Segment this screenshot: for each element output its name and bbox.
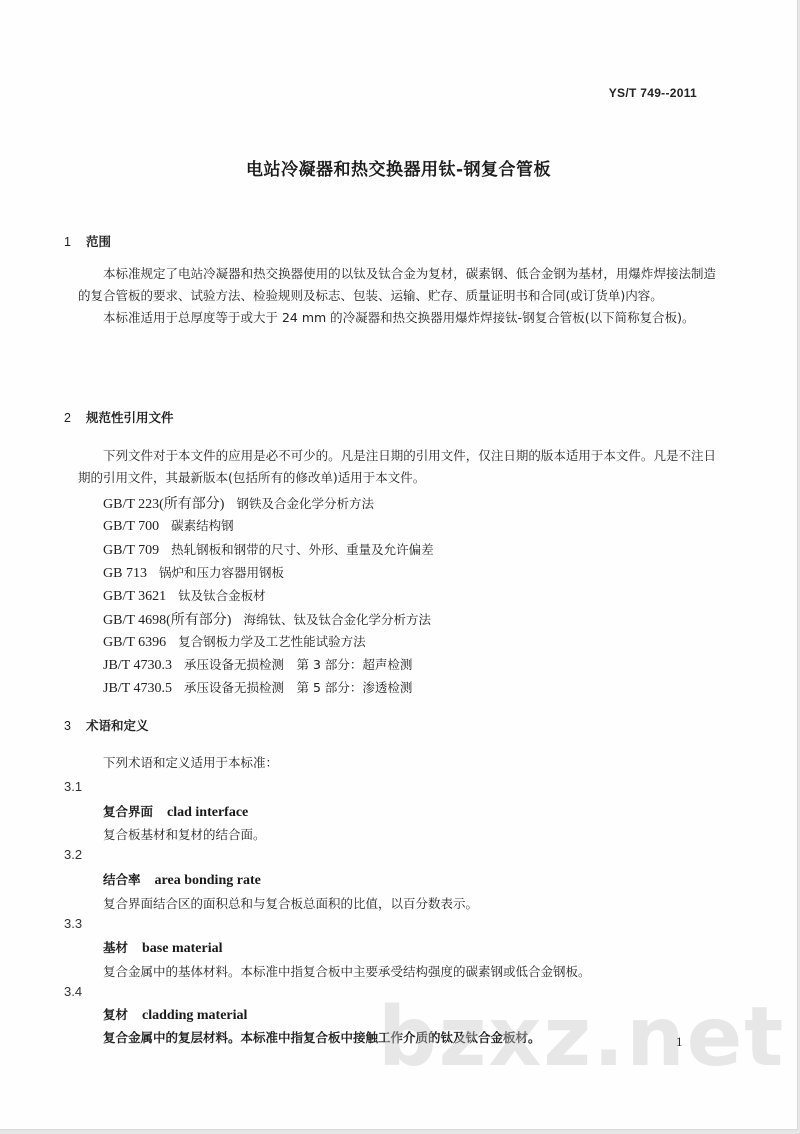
section-1-body: 本标准规定了电站冷凝器和热交换器使用的以钛及钛合金为复材，碳素钢、低合金钢为基材… <box>78 263 716 329</box>
reference-title: 钢铁及合金化学分析方法 <box>236 496 374 511</box>
standard-code: YS/T 749--2011 <box>609 86 697 100</box>
section-number: 2 <box>64 411 86 425</box>
term-definition: 复合金属中的基体材料。本标准中指复合板中主要承受结构强度的碳素钢或低合金钢板。 <box>103 962 591 980</box>
section-1-heading: 1范围 <box>64 232 111 250</box>
reference-code: GB/T 223(所有部分) <box>103 497 224 512</box>
term-zh: 复合界面 <box>103 804 153 819</box>
reference-item: JB/T 4730.5承压设备无损检测 第 5 部分：渗透检测 <box>103 678 412 697</box>
term-zh: 结合率 <box>103 872 141 887</box>
reference-title: 海绵钛、钛及钛合金化学分析方法 <box>243 612 431 627</box>
term-number: 3.4 <box>64 984 82 999</box>
term-definition: 复合金属中的复层材料。本标准中指复合板中接触工作介质的钛及钛合金板材。 <box>103 1028 541 1046</box>
paragraph: 本标准适用于总厚度等于或大于 24 mm 的冷凝器和热交换器用爆炸焊接钛-钢复合… <box>78 307 716 329</box>
section-number: 1 <box>64 235 86 249</box>
reference-code: GB/T 3621 <box>103 589 166 604</box>
term-en: cladding material <box>142 1008 247 1023</box>
document-title: 电站冷凝器和热交换器用钛-钢复合管板 <box>0 155 797 180</box>
term-zh: 基材 <box>103 940 128 955</box>
reference-title: 承压设备无损检测 第 5 部分：渗透检测 <box>184 680 412 695</box>
document-page: YS/T 749--2011 电站冷凝器和热交换器用钛-钢复合管板 1范围 本标… <box>0 0 798 1130</box>
term-number: 3.1 <box>64 779 82 794</box>
reference-code: GB/T 6396 <box>103 635 166 650</box>
page-number: 1 <box>676 1034 683 1050</box>
term-definition: 复合界面结合区的面积总和与复合板总面积的比值，以百分数表示。 <box>103 894 478 912</box>
section-3-heading: 3术语和定义 <box>64 716 149 734</box>
section-title: 术语和定义 <box>86 718 149 733</box>
section-number: 3 <box>64 719 86 733</box>
reference-code: JB/T 4730.3 <box>103 658 172 673</box>
term-definition: 复合板基材和复材的结合面。 <box>103 825 266 843</box>
term-heading: 结合率area bonding rate <box>103 870 261 889</box>
reference-code: JB/T 4730.5 <box>103 681 172 696</box>
term-heading: 复合界面clad interface <box>103 802 248 821</box>
reference-item: GB/T 4698(所有部分)海绵钛、钛及钛合金化学分析方法 <box>103 609 431 629</box>
reference-title: 复合钢板力学及工艺性能试验方法 <box>178 634 366 649</box>
reference-item: GB/T 223(所有部分)钢铁及合金化学分析方法 <box>103 493 374 513</box>
section-2-intro: 下列文件对于本文件的应用是必不可少的。凡是注日期的引用文件，仅注日期的版本适用于… <box>78 445 716 489</box>
section-2-heading: 2规范性引用文件 <box>64 408 174 426</box>
reference-code: GB 713 <box>103 566 147 581</box>
reference-item: GB/T 6396复合钢板力学及工艺性能试验方法 <box>103 632 366 651</box>
reference-title: 锅炉和压力容器用钢板 <box>159 565 284 580</box>
reference-title: 钛及钛合金板材 <box>178 588 266 603</box>
reference-item: GB/T 700碳素结构钢 <box>103 516 234 535</box>
term-heading: 复材cladding material <box>103 1005 247 1024</box>
reference-code: GB/T 4698(所有部分) <box>103 613 231 628</box>
reference-title: 热轧钢板和钢带的尺寸、外形、重量及允许偏差 <box>171 542 434 557</box>
term-en: area bonding rate <box>155 873 261 888</box>
reference-item: JB/T 4730.3承压设备无损检测 第 3 部分：超声检测 <box>103 655 412 674</box>
section-3-intro: 下列术语和定义适用于本标准： <box>103 753 278 771</box>
reference-code: GB/T 709 <box>103 543 159 558</box>
reference-item: GB/T 3621钛及钛合金板材 <box>103 586 266 605</box>
reference-item: GB/T 709热轧钢板和钢带的尺寸、外形、重量及允许偏差 <box>103 540 434 559</box>
term-heading: 基材base material <box>103 938 223 957</box>
reference-code: GB/T 700 <box>103 519 159 534</box>
term-number: 3.2 <box>64 847 82 862</box>
section-title: 范围 <box>86 234 111 249</box>
term-zh: 复材 <box>103 1007 128 1022</box>
paragraph: 下列文件对于本文件的应用是必不可少的。凡是注日期的引用文件，仅注日期的版本适用于… <box>78 445 716 489</box>
reference-title: 碳素结构钢 <box>171 518 234 533</box>
paragraph: 本标准规定了电站冷凝器和热交换器使用的以钛及钛合金为复材，碳素钢、低合金钢为基材… <box>78 263 716 307</box>
term-en: base material <box>142 941 222 956</box>
term-en: clad interface <box>167 805 248 820</box>
term-number: 3.3 <box>64 916 82 931</box>
section-title: 规范性引用文件 <box>86 410 174 425</box>
reference-title: 承压设备无损检测 第 3 部分：超声检测 <box>184 657 412 672</box>
reference-item: GB 713锅炉和压力容器用钢板 <box>103 563 284 582</box>
